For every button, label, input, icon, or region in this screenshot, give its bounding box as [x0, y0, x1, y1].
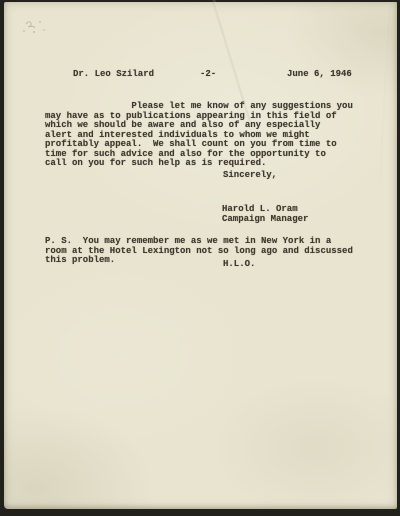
- scanned-letter: Dr. Leo Szilard -2- June 6, 1946 Please …: [0, 0, 400, 516]
- letter-body: Please let me know of any suggestions yo…: [45, 102, 353, 169]
- letter-date: June 6, 1946: [287, 70, 352, 80]
- postscript: P. S. You may remember me as we met in N…: [45, 237, 353, 266]
- paper-crease-right: [378, 2, 389, 182]
- recipient-name: Dr. Leo Szilard: [73, 70, 154, 80]
- pencil-mark: [20, 16, 54, 42]
- closing-salutation: Sincerely,: [223, 171, 277, 181]
- page-number: -2-: [200, 70, 216, 80]
- postscript-initials: H.L.O.: [223, 260, 255, 270]
- signature-title: Campaign Manager: [222, 215, 308, 225]
